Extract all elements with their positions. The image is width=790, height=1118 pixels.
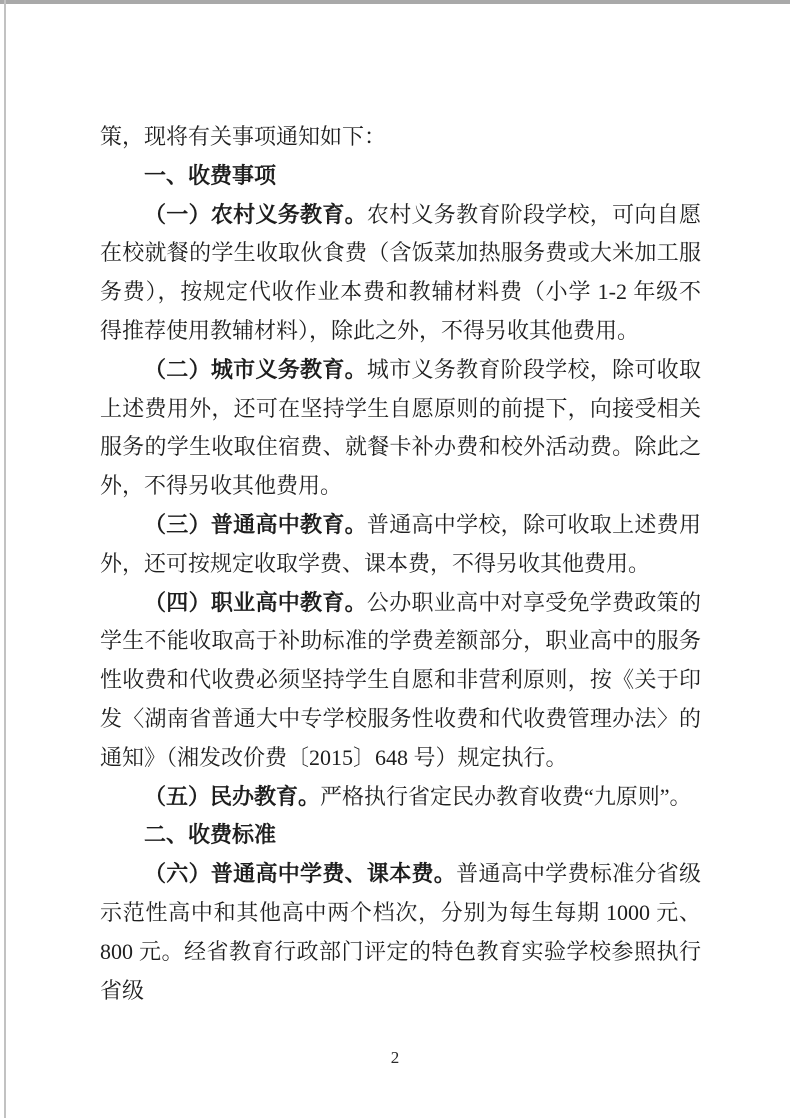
paragraph: （六）普通高中学费、课本费。普通高中学费标准分省级示范性高中和其他高中两个档次，… xyxy=(100,855,701,1010)
bold-run: （一）农村义务教育。 xyxy=(144,202,367,227)
bold-run: （五）民办教育。 xyxy=(144,784,320,809)
bold-run: 一、收费事项 xyxy=(144,163,276,188)
document-body: 策，现将有关事项通知如下：一、收费事项（一）农村义务教育。农村义务教育阶段学校，… xyxy=(100,118,701,1010)
bold-run: （四）职业高中教育。 xyxy=(144,590,367,615)
paragraph: （二）城市义务教育。城市义务教育阶段学校，除可收取上述费用外，还可在坚持学生自愿… xyxy=(100,351,701,506)
text-run: 严格执行省定民办教育收费“九原则”。 xyxy=(320,784,692,809)
bold-run: （二）城市义务教育。 xyxy=(144,357,367,382)
paragraph: 一、收费事项 xyxy=(100,157,701,196)
text-run: 策，现将有关事项通知如下： xyxy=(100,124,386,149)
paragraph: 二、收费标准 xyxy=(100,816,701,855)
paragraph: 策，现将有关事项通知如下： xyxy=(100,118,701,157)
scan-edge-left xyxy=(4,0,6,1118)
scan-edge-top xyxy=(0,0,790,4)
paragraph: （一）农村义务教育。农村义务教育阶段学校，可向自愿在校就餐的学生收取伙食费（含饭… xyxy=(100,196,701,351)
page-number: 2 xyxy=(0,1048,790,1068)
text-run: 公办职业高中对享受免学费政策的学生不能收取高于补助标准的学费差额部分，职业高中的… xyxy=(100,590,701,770)
paragraph: （五）民办教育。严格执行省定民办教育收费“九原则”。 xyxy=(100,778,701,817)
bold-run: （三）普通高中教育。 xyxy=(144,512,367,537)
paragraph: （三）普通高中教育。普通高中学校，除可收取上述费用外，还可按规定收取学费、课本费… xyxy=(100,506,701,584)
bold-run: 二、收费标准 xyxy=(144,822,276,847)
bold-run: （六）普通高中学费、课本费。 xyxy=(144,861,456,886)
paragraph: （四）职业高中教育。公办职业高中对享受免学费政策的学生不能收取高于补助标准的学费… xyxy=(100,584,701,778)
